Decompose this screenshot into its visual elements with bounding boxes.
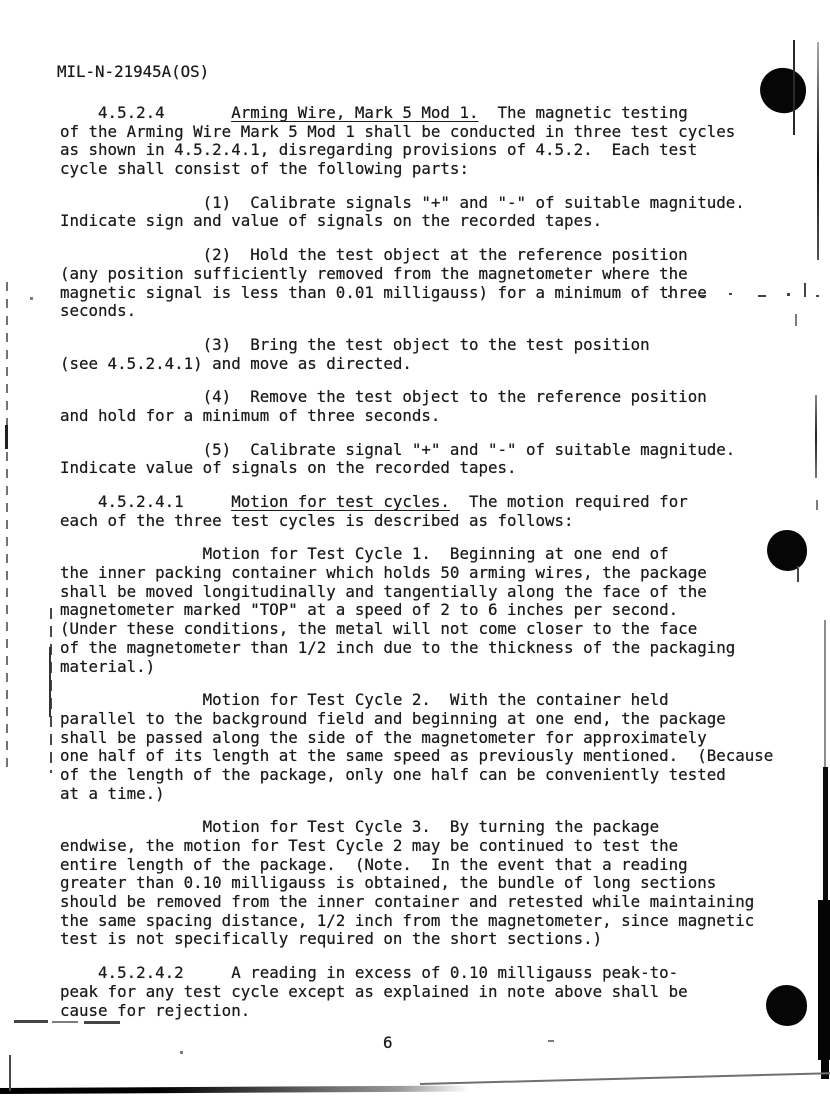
text-line: (any position sufficiently removed from … bbox=[60, 265, 820, 284]
text-line: the inner packing container which holds … bbox=[60, 564, 820, 583]
text-line: 4.5.2.4.1 Motion for test cycles. The mo… bbox=[60, 493, 820, 512]
text-segment: and hold for a minimum of three seconds. bbox=[60, 406, 440, 425]
scan-line bbox=[420, 1072, 830, 1084]
text-line: one half of its length at the same speed… bbox=[60, 747, 820, 766]
text-line: magnetometer marked "TOP" at a speed of … bbox=[60, 601, 820, 620]
text-segment: Indicate sign and value of signals on th… bbox=[60, 211, 602, 230]
text-line: (see 4.5.2.4.1) and move as directed. bbox=[60, 355, 820, 374]
text-line: Motion for Test Cycle 1. Beginning at on… bbox=[60, 545, 820, 564]
scan-line bbox=[817, 42, 819, 260]
text-segment: Motion for Test Cycle 1. Beginning at on… bbox=[60, 544, 669, 563]
text-segment: shall be moved longitudinally and tangen… bbox=[60, 582, 707, 601]
paragraph: (1) Calibrate signals "+" and "-" of sui… bbox=[60, 194, 820, 231]
text-line: should be removed from the inner contain… bbox=[60, 893, 820, 912]
text-line: of the length of the package, only one h… bbox=[60, 766, 820, 785]
scan-edge-shadow bbox=[0, 1086, 470, 1094]
text-segment: the inner packing container which holds … bbox=[60, 563, 707, 582]
text-segment: (see 4.5.2.4.1) and move as directed. bbox=[60, 354, 412, 373]
scan-edge-shadow bbox=[823, 767, 828, 907]
scan-speck bbox=[637, 294, 640, 296]
text-line: Motion for Test Cycle 2. With the contai… bbox=[60, 691, 820, 710]
text-line: (2) Hold the test object at the referenc… bbox=[60, 246, 820, 265]
text-segment: 4.5.2.4.2 A reading in excess of 0.10 mi… bbox=[60, 963, 678, 982]
text-line: material.) bbox=[60, 658, 820, 677]
document-id: MIL-N-21945A(OS) bbox=[57, 63, 209, 82]
scan-speck bbox=[700, 295, 706, 297]
text-segment: (2) Hold the test object at the referenc… bbox=[60, 245, 688, 264]
text-line: entire length of the package. (Note. In … bbox=[60, 856, 820, 875]
text-line: greater than 0.10 milligauss is obtained… bbox=[60, 874, 820, 893]
scan-speck bbox=[729, 293, 732, 295]
text-segment: Motion for Test Cycle 3. By turning the … bbox=[60, 817, 659, 836]
text-line: (1) Calibrate signals "+" and "-" of sui… bbox=[60, 194, 820, 213]
scan-speck bbox=[816, 500, 818, 510]
paragraph: (2) Hold the test object at the referenc… bbox=[60, 246, 820, 321]
paragraph: Motion for Test Cycle 2. With the contai… bbox=[60, 691, 820, 803]
text-line: magnetic signal is less than 0.01 millig… bbox=[60, 284, 820, 303]
scan-line bbox=[815, 395, 817, 478]
text-segment: (3) Bring the test object to the test po… bbox=[60, 335, 650, 354]
scan-line bbox=[793, 40, 795, 135]
text-segment: each of the three test cycles is describ… bbox=[60, 511, 574, 530]
text-line: of the magnetometer than 1/2 inch due to… bbox=[60, 639, 820, 658]
document-page: MIL-N-21945A(OS) 4.5.2.4 Arming Wire, Ma… bbox=[0, 0, 830, 1097]
text-line: cycle shall consist of the following par… bbox=[60, 160, 820, 179]
text-segment: cause for rejection. bbox=[60, 1001, 250, 1020]
paragraph: 4.5.2.4.1 Motion for test cycles. The mo… bbox=[60, 493, 820, 530]
text-segment: the same spacing distance, 1/2 inch from… bbox=[60, 911, 754, 930]
scan-speck bbox=[30, 297, 33, 300]
punch-hole bbox=[767, 530, 807, 571]
text-segment: seconds. bbox=[60, 301, 136, 320]
scan-speck bbox=[14, 1020, 48, 1023]
scan-line bbox=[49, 647, 51, 717]
paragraph: (4) Remove the test object to the refere… bbox=[60, 388, 820, 425]
text-line: cause for rejection. bbox=[60, 1002, 820, 1021]
text-segment: (4) Remove the test object to the refere… bbox=[60, 387, 707, 406]
text-segment: at a time.) bbox=[60, 784, 165, 803]
text-line: as shown in 4.5.2.4.1, disregarding prov… bbox=[60, 141, 820, 160]
text-line: Indicate value of signals on the recorde… bbox=[60, 459, 820, 478]
paragraph: (3) Bring the test object to the test po… bbox=[60, 336, 820, 373]
text-segment: magnetic signal is less than 0.01 millig… bbox=[60, 283, 707, 302]
paragraph: Motion for Test Cycle 1. Beginning at on… bbox=[60, 545, 820, 676]
text-line: of the Arming Wire Mark 5 Mod 1 shall be… bbox=[60, 123, 820, 142]
text-line: each of the three test cycles is describ… bbox=[60, 512, 820, 531]
text-line: test is not specifically required on the… bbox=[60, 930, 820, 949]
scan-speck bbox=[804, 283, 806, 297]
text-segment: endwise, the motion for Test Cycle 2 may… bbox=[60, 836, 678, 855]
text-line: the same spacing distance, 1/2 inch from… bbox=[60, 912, 820, 931]
scan-speck bbox=[84, 1021, 120, 1024]
text-segment: The magnetic testing bbox=[478, 103, 687, 122]
text-line: shall be moved longitudinally and tangen… bbox=[60, 583, 820, 602]
scan-speck bbox=[816, 295, 819, 297]
paragraph: Motion for Test Cycle 3. By turning the … bbox=[60, 818, 820, 949]
scan-line bbox=[5, 425, 8, 449]
scan-line bbox=[824, 620, 826, 770]
text-segment: test is not specifically required on the… bbox=[60, 929, 602, 948]
paragraph: (5) Calibrate signal "+" and "-" of suit… bbox=[60, 441, 820, 478]
scan-speck bbox=[548, 1040, 554, 1042]
text-line: (Under these conditions, the metal will … bbox=[60, 620, 820, 639]
punch-hole bbox=[766, 985, 807, 1026]
text-line: seconds. bbox=[60, 302, 820, 321]
text-segment: greater than 0.10 milligauss is obtained… bbox=[60, 873, 716, 892]
text-segment: one half of its length at the same speed… bbox=[60, 746, 773, 765]
text-segment: parallel to the background field and beg… bbox=[60, 709, 726, 728]
text-segment: (5) Calibrate signal "+" and "-" of suit… bbox=[60, 440, 735, 459]
text-segment: Indicate value of signals on the recorde… bbox=[60, 458, 517, 477]
text-line: parallel to the background field and beg… bbox=[60, 710, 820, 729]
text-segment: of the Arming Wire Mark 5 Mod 1 shall be… bbox=[60, 122, 735, 141]
text-line: Motion for Test Cycle 3. By turning the … bbox=[60, 818, 820, 837]
scan-speck bbox=[787, 293, 790, 296]
scan-speck bbox=[180, 1051, 183, 1054]
text-segment: of the magnetometer than 1/2 inch due to… bbox=[60, 638, 735, 657]
text-line: Indicate sign and value of signals on th… bbox=[60, 212, 820, 231]
underlined-text: Motion for test cycles. bbox=[231, 492, 450, 511]
text-segment: as shown in 4.5.2.4.1, disregarding prov… bbox=[60, 140, 697, 159]
text-line: shall be passed along the side of the ma… bbox=[60, 729, 820, 748]
scan-speck bbox=[52, 1021, 78, 1023]
text-segment: (Under these conditions, the metal will … bbox=[60, 619, 697, 638]
underlined-text: Arming Wire, Mark 5 Mod 1. bbox=[231, 103, 478, 122]
scan-speck bbox=[795, 314, 797, 326]
page-number: 6 bbox=[383, 1034, 393, 1053]
text-line: endwise, the motion for Test Cycle 2 may… bbox=[60, 837, 820, 856]
text-segment: Motion for Test Cycle 2. With the contai… bbox=[60, 690, 669, 709]
text-segment: peak for any test cycle except as explai… bbox=[60, 982, 688, 1001]
text-segment: (any position sufficiently removed from … bbox=[60, 264, 688, 283]
scan-speck bbox=[668, 295, 672, 297]
text-line: at a time.) bbox=[60, 785, 820, 804]
text-segment: should be removed from the inner contain… bbox=[60, 892, 754, 911]
scan-line bbox=[9, 1055, 11, 1091]
paragraph: 4.5.2.4 Arming Wire, Mark 5 Mod 1. The m… bbox=[60, 104, 820, 179]
scan-speck bbox=[758, 295, 766, 297]
text-segment: 4.5.2.4.1 bbox=[60, 492, 231, 511]
scan-speck bbox=[797, 566, 799, 582]
text-line: (4) Remove the test object to the refere… bbox=[60, 388, 820, 407]
text-segment: 4.5.2.4 bbox=[60, 103, 231, 122]
text-segment: magnetometer marked "TOP" at a speed of … bbox=[60, 600, 678, 619]
text-line: 4.5.2.4 Arming Wire, Mark 5 Mod 1. The m… bbox=[60, 104, 820, 123]
text-line: peak for any test cycle except as explai… bbox=[60, 983, 820, 1002]
text-line: (5) Calibrate signal "+" and "-" of suit… bbox=[60, 441, 820, 460]
paragraph: 4.5.2.4.2 A reading in excess of 0.10 mi… bbox=[60, 964, 820, 1020]
text-segment: The motion required for bbox=[450, 492, 688, 511]
text-line: and hold for a minimum of three seconds. bbox=[60, 407, 820, 426]
text-segment: cycle shall consist of the following par… bbox=[60, 159, 469, 178]
scan-edge-shadow bbox=[821, 1053, 829, 1079]
text-segment: (1) Calibrate signals "+" and "-" of sui… bbox=[60, 193, 745, 212]
scan-edge-shadow bbox=[818, 900, 830, 1060]
text-line: 4.5.2.4.2 A reading in excess of 0.10 mi… bbox=[60, 964, 820, 983]
document-body: 4.5.2.4 Arming Wire, Mark 5 Mod 1. The m… bbox=[60, 104, 820, 1035]
scan-line bbox=[6, 282, 8, 774]
text-line: (3) Bring the test object to the test po… bbox=[60, 336, 820, 355]
text-segment: shall be passed along the side of the ma… bbox=[60, 728, 707, 747]
text-segment: material.) bbox=[60, 657, 155, 676]
text-segment: entire length of the package. (Note. In … bbox=[60, 855, 688, 874]
text-segment: of the length of the package, only one h… bbox=[60, 765, 726, 784]
